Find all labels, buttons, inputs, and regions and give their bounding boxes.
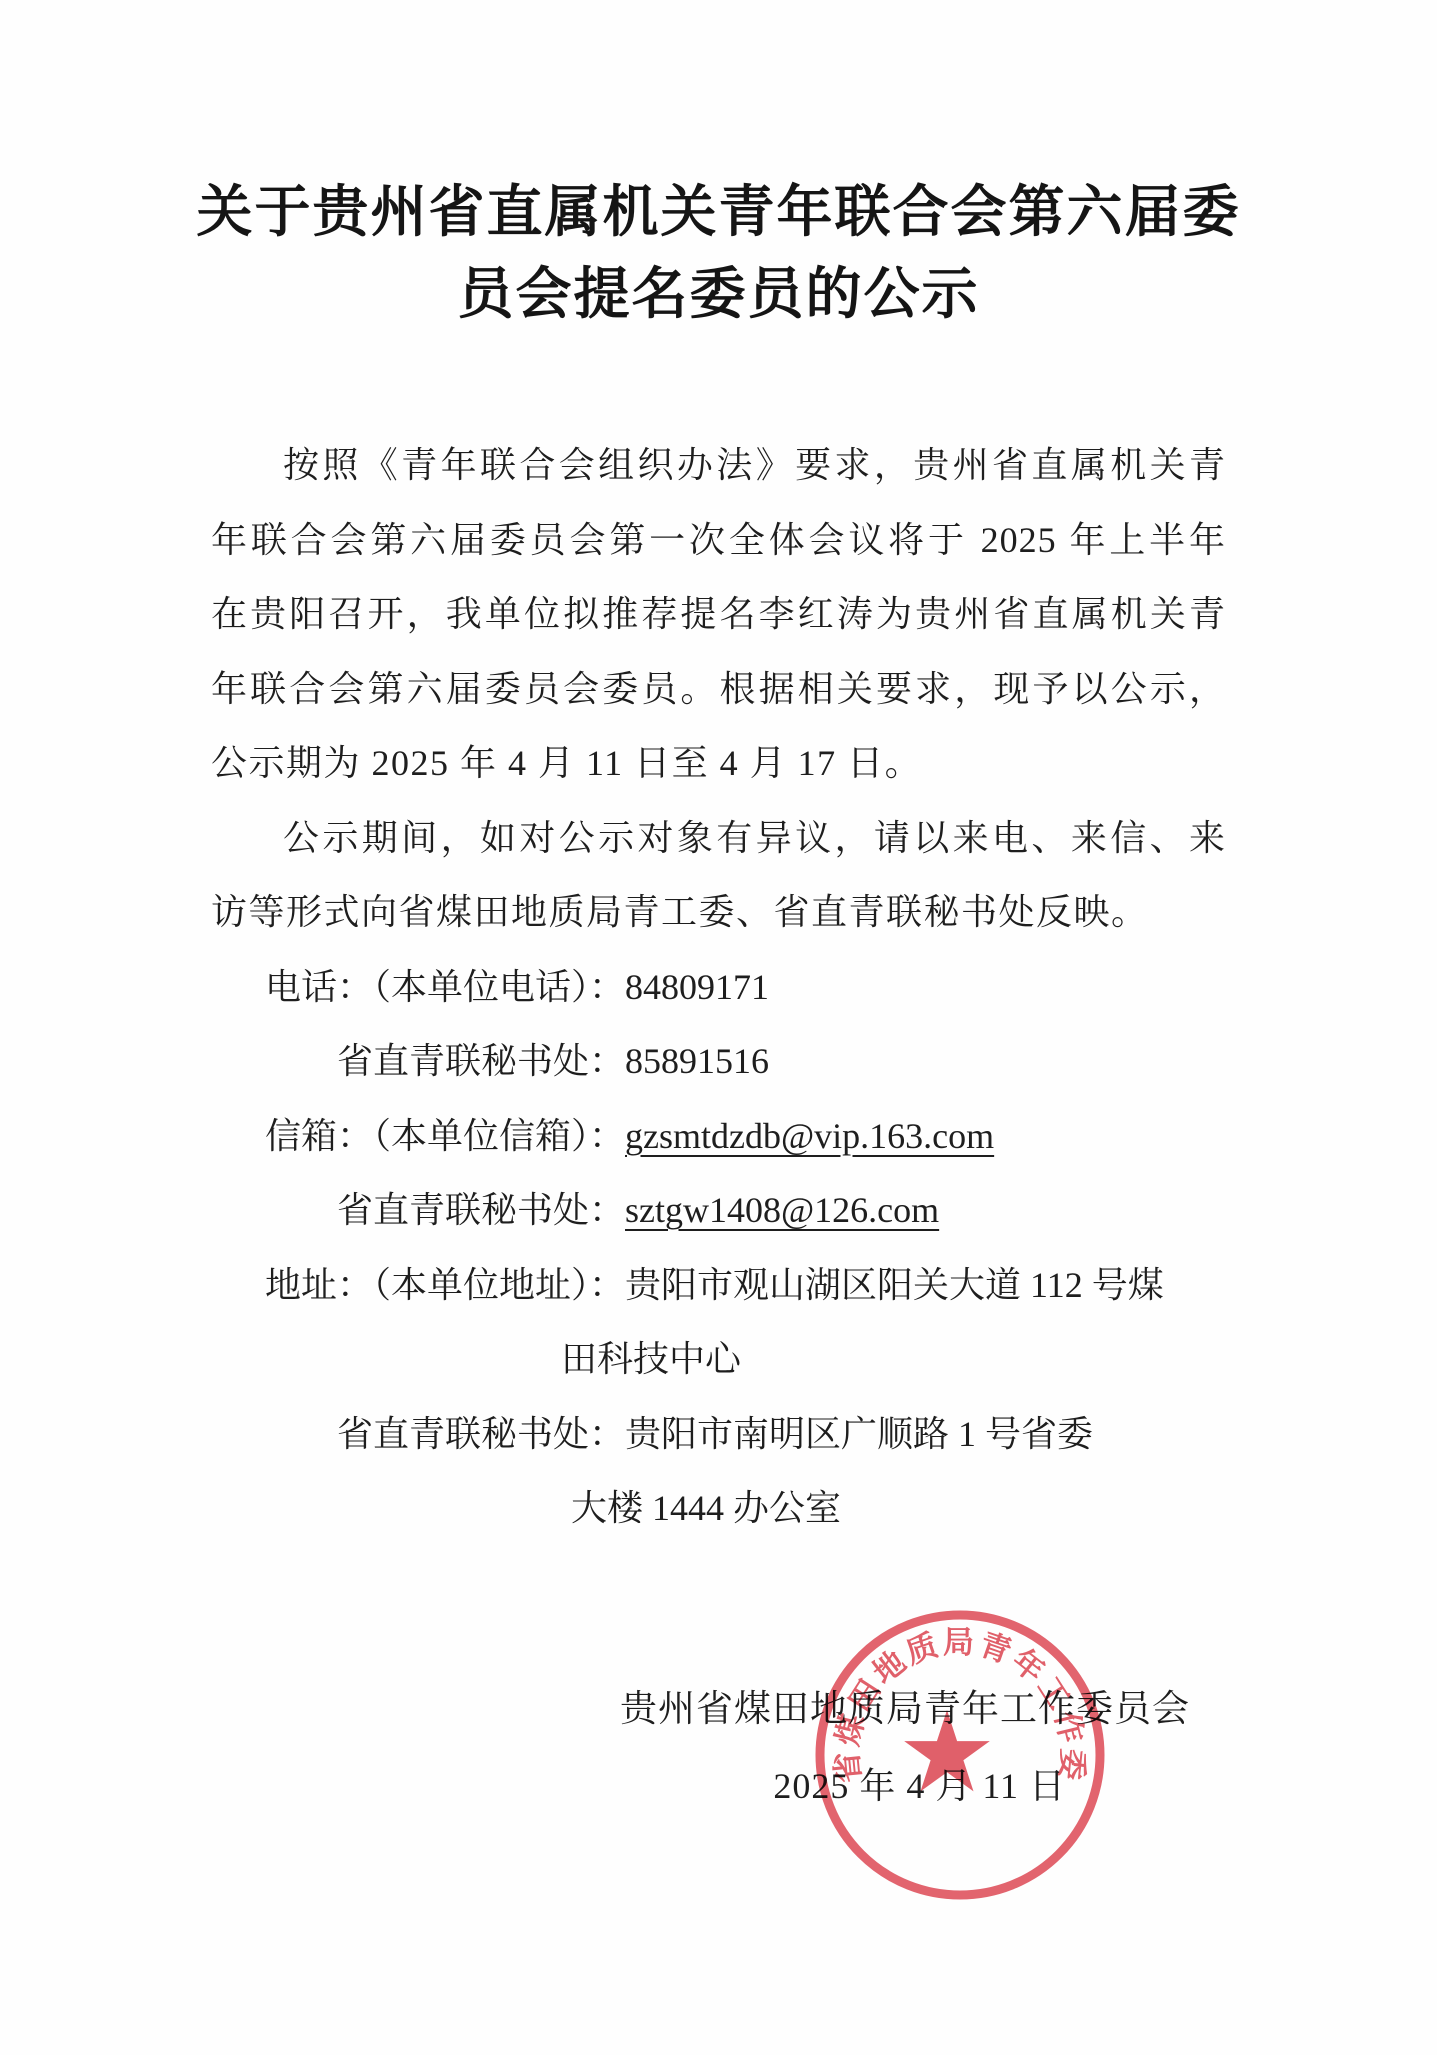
phone-label: 电话： [265, 967, 373, 1007]
title-line-2: 员会提名委员的公示 [110, 254, 1327, 336]
paragraph1-line4: 年联合会第六届委员会委员。根据相关要求，现予以公示， [211, 652, 1226, 727]
phone-secretariat-label: 省直青联秘书处： [337, 1041, 625, 1081]
email-unit-link[interactable]: gzsmtdzdb@vip.163.com [625, 1116, 994, 1156]
address-unit-value-line1: 贵阳市观山湖区阳关大道 112 号煤 [625, 1265, 1164, 1305]
email-secretariat-label: 省直青联秘书处： [337, 1190, 625, 1230]
email-secretariat-line: 省直青联秘书处：sztgw1408@126.com [211, 1173, 1226, 1248]
email-unit-label: （本单位信箱）： [373, 1116, 625, 1156]
phone-unit-label: （本单位电话）： [373, 967, 625, 1007]
phone-secretariat-line: 省直青联秘书处：85891516 [211, 1024, 1226, 1099]
address-unit-value-line2: 田科技中心 [211, 1322, 1226, 1397]
phone-unit-value: 84809171 [625, 967, 769, 1007]
email-line: 信箱：（本单位信箱）：gzsmtdzdb@vip.163.com [211, 1099, 1226, 1174]
paragraph1-line1: 按照《青年联合会组织办法》要求，贵州省直属机关青 [211, 428, 1226, 503]
address-secretariat-value-line1: 贵阳市南明区广顺路 1 号省委 [625, 1414, 1093, 1454]
address-label: 地址： [265, 1265, 373, 1305]
title-line-1: 关于贵州省直属机关青年联合会第六届委 [110, 172, 1327, 254]
paragraph2-line1: 公示期间，如对公示对象有异议，请以来电、来信、来 [211, 801, 1226, 876]
email-secretariat-link[interactable]: sztgw1408@126.com [625, 1190, 939, 1230]
seal-star [904, 1710, 990, 1791]
phone-line: 电话：（本单位电话）：84809171 [211, 950, 1226, 1025]
address-secretariat-label: 省直青联秘书处： [337, 1414, 625, 1454]
paragraph1-line2: 年联合会第六届委员会第一次全体会议将于 2025 年上半年 [211, 503, 1226, 578]
phone-secretariat-value: 85891516 [625, 1041, 769, 1081]
paragraph2-line2: 访等形式向省煤田地质局青工委、省直青联秘书处反映。 [211, 875, 1226, 950]
document-title: 关于贵州省直属机关青年联合会第六届委 员会提名委员的公示 [110, 172, 1327, 336]
document-page: 关于贵州省直属机关青年联合会第六届委 员会提名委员的公示 按照《青年联合会组织办… [0, 0, 1437, 2055]
paragraph1-line3: 在贵阳召开，我单位拟推荐提名李红涛为贵州省直属机关青 [211, 577, 1226, 652]
address-line: 地址：（本单位地址）：贵阳市观山湖区阳关大道 112 号煤 [211, 1248, 1226, 1323]
address-unit-label: （本单位地址）： [373, 1265, 625, 1305]
email-label: 信箱： [265, 1116, 373, 1156]
document-body: 按照《青年联合会组织办法》要求，贵州省直属机关青 年联合会第六届委员会第一次全体… [211, 428, 1226, 1546]
paragraph1-line5: 公示期为 2025 年 4 月 11 日至 4 月 17 日。 [211, 726, 1226, 801]
address-secretariat-value-line2: 大楼 1444 办公室 [211, 1471, 1226, 1546]
address-secretariat-line: 省直青联秘书处：贵阳市南明区广顺路 1 号省委 [211, 1397, 1226, 1472]
official-seal: 贵州省煤田地质局青年工作委员会 [808, 1603, 1112, 1907]
